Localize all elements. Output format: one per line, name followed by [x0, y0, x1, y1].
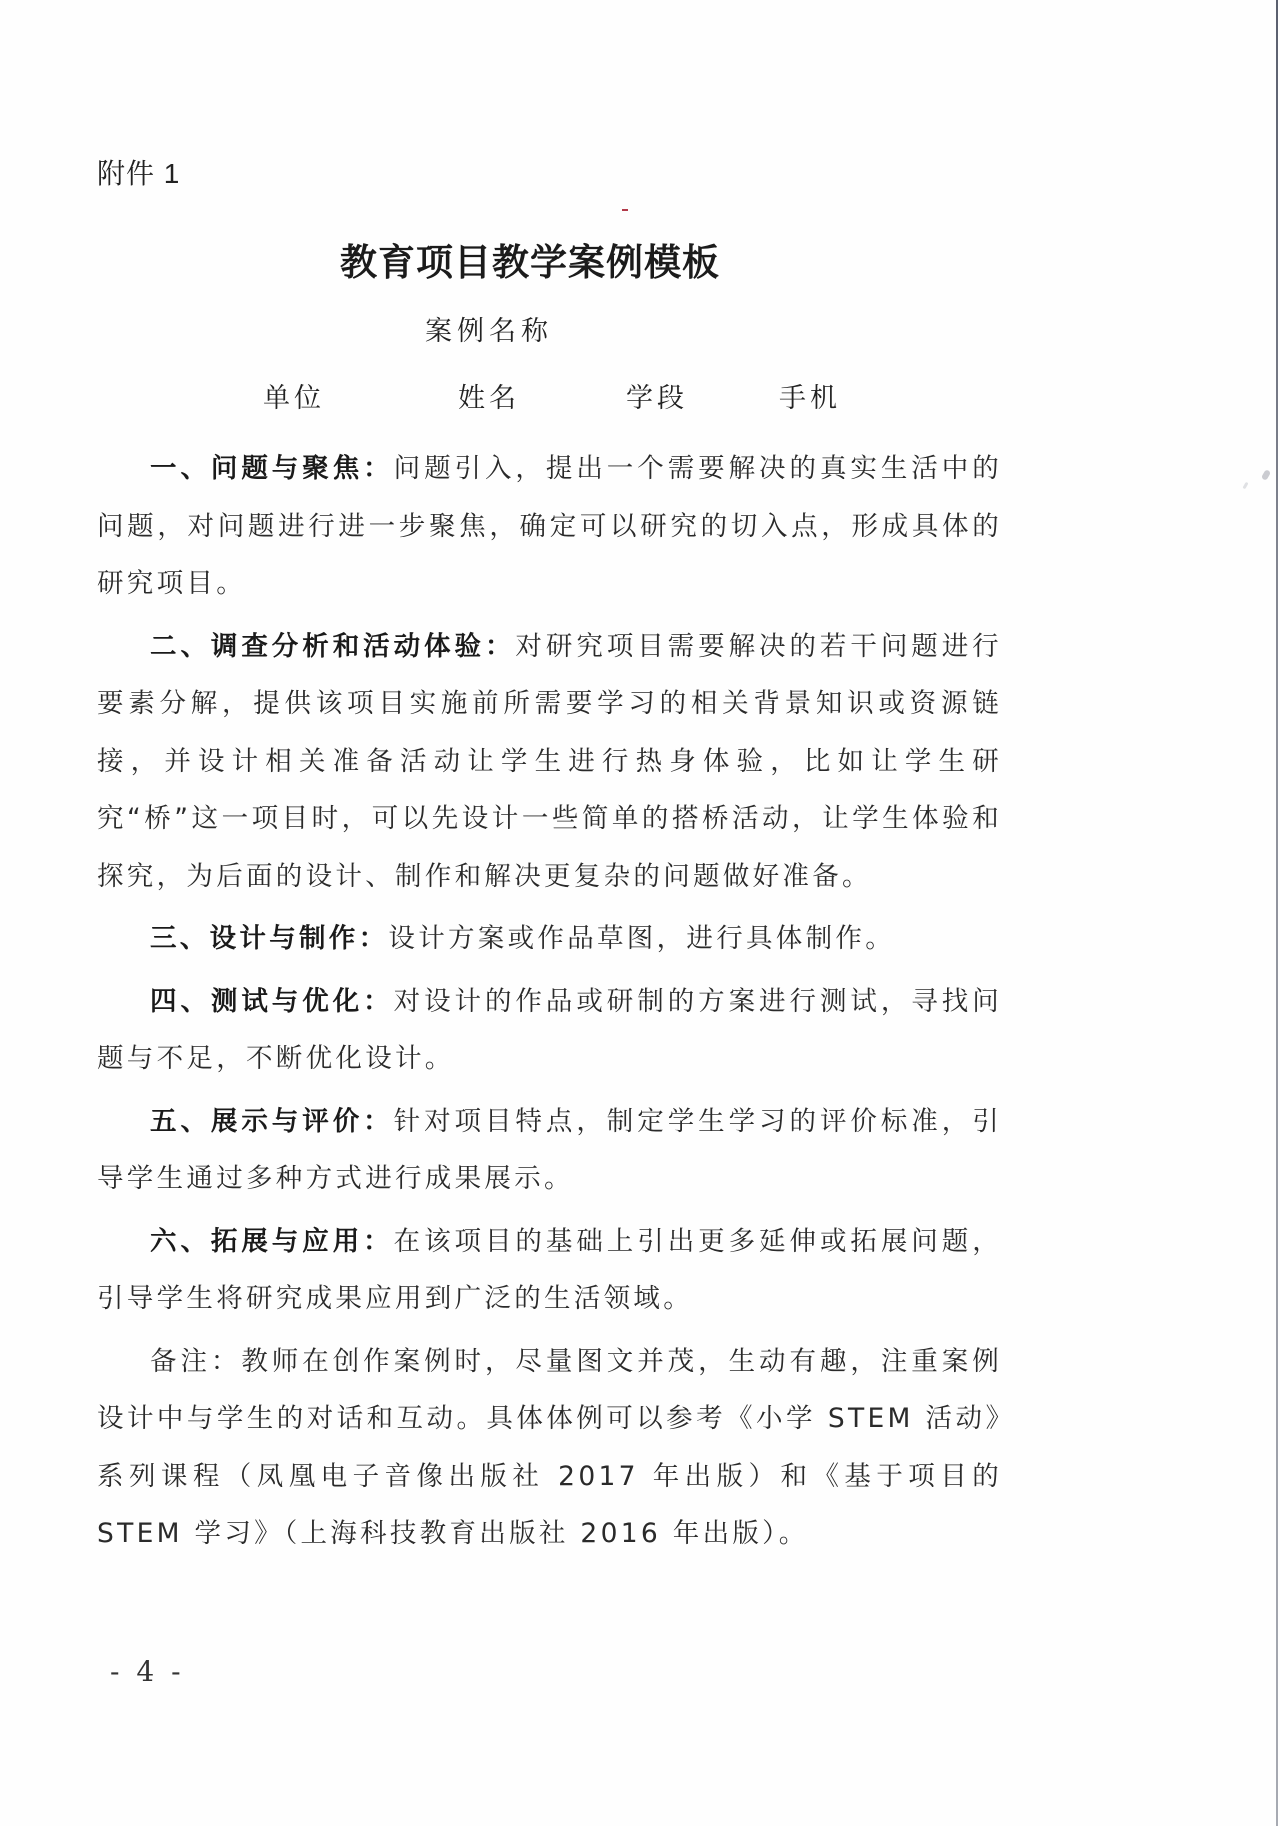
- document-title: 教育项目教学案例模板: [0, 232, 1060, 286]
- note-paragraph: 备注：教师在创作案例时，尽量图文并茂，生动有趣，注重案例设计中与学生的对话和互动…: [97, 1333, 1002, 1563]
- section-heading: 三、设计与制作：: [150, 923, 388, 954]
- note-label: 备注：: [150, 1346, 241, 1377]
- meta-field-unit: 单位: [263, 376, 325, 415]
- section-heading: 一、问题与聚焦：: [150, 453, 394, 484]
- section-text: 对研究项目需要解决的若干问题进行要素分解，提供该项目实施前所需要学习的相关背景知…: [97, 631, 1002, 892]
- section-paragraph: 六、拓展与应用：在该项目的基础上引出更多延伸或拓展问题，引导学生将研究成果应用到…: [97, 1213, 1002, 1328]
- scan-speck: [1261, 469, 1271, 481]
- section-heading: 六、拓展与应用：: [150, 1226, 394, 1257]
- document-page: 附件 1 教育项目教学案例模板 案例名称 单位 姓名 学段 手机 一、问题与聚焦…: [0, 0, 1280, 1826]
- section-paragraph: 四、测试与优化：对设计的作品或研制的方案进行测试，寻找问题与不足，不断优化设计。: [97, 973, 1002, 1088]
- scan-edge-line: [1276, 0, 1278, 1826]
- section-paragraph: 三、设计与制作：设计方案或作品草图，进行具体制作。: [97, 910, 1002, 968]
- document-body: 一、问题与聚焦：问题引入，提出一个需要解决的真实生活中的问题，对问题进行进一步聚…: [97, 440, 1002, 1563]
- section-heading: 二、调查分析和活动体验：: [150, 631, 515, 662]
- scan-speck: [1242, 482, 1248, 490]
- section-paragraph: 一、问题与聚焦：问题引入，提出一个需要解决的真实生活中的问题，对问题进行进一步聚…: [97, 440, 1002, 613]
- section-paragraph: 二、调查分析和活动体验：对研究项目需要解决的若干问题进行要素分解，提供该项目实施…: [97, 618, 1002, 906]
- section-heading: 五、展示与评价：: [150, 1106, 394, 1137]
- section-text: 设计方案或作品草图，进行具体制作。: [388, 923, 895, 954]
- meta-field-stage: 学段: [626, 376, 688, 415]
- red-ink-mark: [622, 209, 628, 211]
- case-name-label: 案例名称: [425, 309, 553, 348]
- meta-field-phone: 手机: [779, 376, 841, 415]
- attachment-label: 附件 1: [97, 152, 180, 192]
- section-heading: 四、测试与优化：: [150, 986, 394, 1017]
- meta-fields-row: 单位 姓名 学段 手机: [0, 376, 1280, 416]
- page-number: - 4 -: [110, 1655, 181, 1688]
- section-paragraph: 五、展示与评价：针对项目特点，制定学生学习的评价标准，引导学生通过多种方式进行成…: [97, 1093, 1002, 1208]
- meta-field-name: 姓名: [458, 376, 520, 415]
